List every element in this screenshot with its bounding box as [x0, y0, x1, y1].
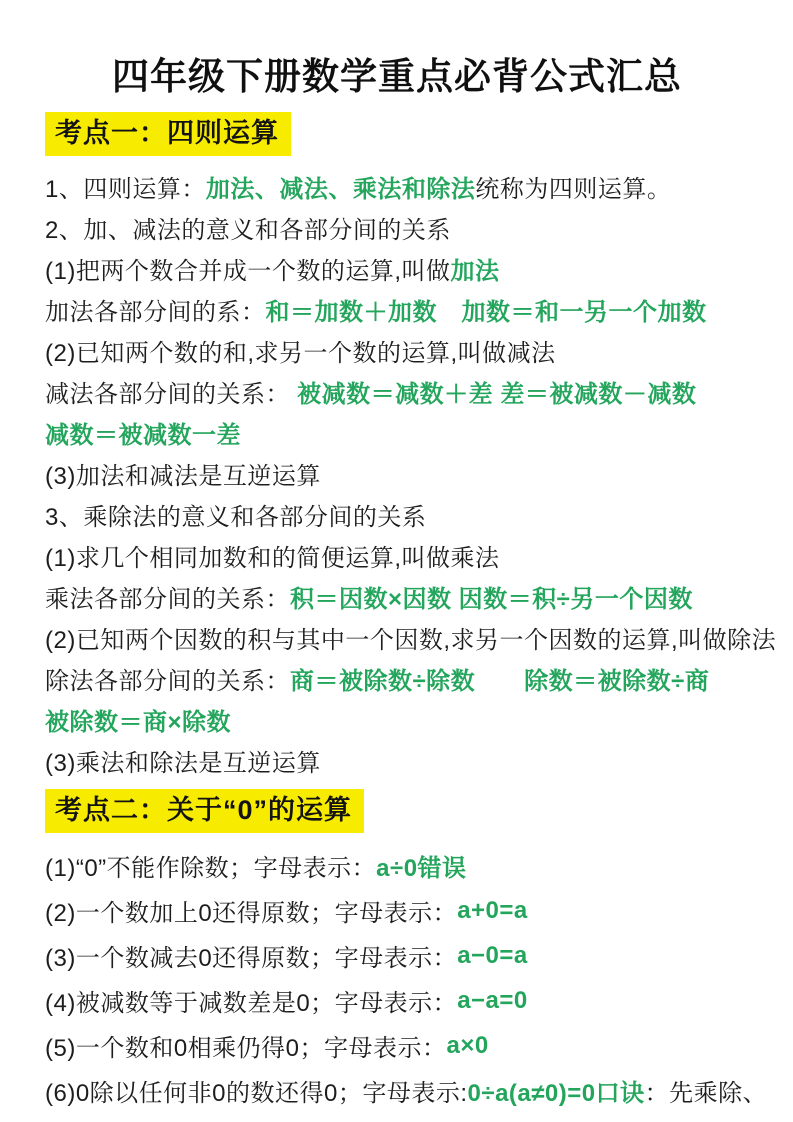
document-page: 四年级下册数学重点必背公式汇总 考点一：四则运算1、四则运算：加法、减法、乘法和… — [0, 0, 793, 1122]
body-text: ：先乘除、 — [645, 1073, 768, 1108]
body-text: 加法各部分间的系： — [45, 292, 266, 327]
text-line: 3、乘除法的意义和各部分间的关系 — [45, 494, 759, 535]
body-text: (1)把两个数合并成一个数的运算,叫做 — [45, 251, 451, 286]
body-text: 减法各部分间的关系： — [45, 374, 297, 409]
text-line: 乘法各部分间的关系：积＝因数×因数 因数＝积÷另一个因数 — [45, 576, 759, 617]
text-line: (6)0除以任何非0的数还得0；字母表示:0÷a(a≠0)=0口诀：先乘除、 — [45, 1068, 759, 1113]
formula-text: 加法 — [451, 251, 500, 286]
body-text: (2)已知两个数的和,求另一个数的运算,叫做减法 — [45, 333, 556, 368]
formula-text: 加法、减法、乘法和除法 — [206, 169, 476, 204]
body-text: (3)乘法和除法是互逆运算 — [45, 743, 321, 778]
text-line: (1)把两个数合并成一个数的运算,叫做加法 — [45, 248, 759, 289]
body-text: 统称为四则运算。 — [475, 169, 671, 204]
formula-text: 0÷a(a≠0)=0口诀 — [468, 1073, 645, 1108]
text-line: (1)求几个相同加数和的简便运算,叫做乘法 — [45, 535, 759, 576]
text-line: (1)“0”不能作除数；字母表示：a÷0错误 — [45, 843, 759, 888]
formula-text: 被除数＝商×除数 — [45, 702, 231, 737]
text-line: 加法各部分间的系：和＝加数＋加数 加数＝和一另一个加数 — [45, 289, 759, 330]
text-line: (2)已知两个数的和,求另一个数的运算,叫做减法 — [45, 330, 759, 371]
body-text: (1)求几个相同加数和的简便运算,叫做乘法 — [45, 538, 500, 573]
body-text: (2)一个数加上0还得原数；字母表示： — [45, 893, 457, 928]
formula-text: 被减数＝减数＋差 差＝被减数－减数 — [297, 374, 696, 409]
formula-text: a−a=0 — [457, 987, 528, 1015]
body-text: 1、四则运算： — [45, 169, 206, 204]
section-heading: 考点二：关于“0”的运算 — [45, 789, 364, 833]
sections-container: 考点一：四则运算1、四则运算：加法、减法、乘法和除法统称为四则运算。2、加、减法… — [45, 110, 759, 1113]
body-text: (2)已知两个因数的积与其中一个因数,求另一个因数的运算,叫做除法 — [45, 620, 776, 655]
section-2: 考点二：关于“0”的运算(1)“0”不能作除数；字母表示：a÷0错误(2)一个数… — [45, 787, 759, 1113]
body-text: 2、加、减法的意义和各部分间的关系 — [45, 210, 451, 245]
formula-text: 积＝因数×因数 因数＝积÷另一个因数 — [290, 579, 693, 614]
text-line: (2)已知两个因数的积与其中一个因数,求另一个因数的运算,叫做除法 — [45, 617, 759, 658]
section-1: 考点一：四则运算1、四则运算：加法、减法、乘法和除法统称为四则运算。2、加、减法… — [45, 110, 759, 781]
text-line: 被除数＝商×除数 — [45, 699, 759, 740]
text-line: 1、四则运算：加法、减法、乘法和除法统称为四则运算。 — [45, 166, 759, 207]
text-line: (3)一个数减去0还得原数；字母表示：a−0=a — [45, 933, 759, 978]
body-text: 乘法各部分间的关系： — [45, 579, 290, 614]
text-line: (2)一个数加上0还得原数；字母表示：a+0=a — [45, 888, 759, 933]
formula-text: 减数＝被减数一差 — [45, 415, 241, 450]
formula-text: a+0=a — [457, 897, 528, 925]
body-text: (3)一个数减去0还得原数；字母表示： — [45, 938, 457, 973]
formula-text: 商＝被除数÷除数 除数＝被除数÷商 — [290, 661, 709, 696]
body-text: 3、乘除法的意义和各部分间的关系 — [45, 497, 426, 532]
body-text: (3)加法和减法是互逆运算 — [45, 456, 321, 491]
text-line: 减数＝被减数一差 — [45, 412, 759, 453]
body-text: 除法各部分间的关系： — [45, 661, 290, 696]
body-text: (6)0除以任何非0的数还得0；字母表示: — [45, 1073, 468, 1108]
text-line: (3)加法和减法是互逆运算 — [45, 453, 759, 494]
formula-text: a−0=a — [457, 942, 528, 970]
body-text: (4)被减数等于减数差是0；字母表示： — [45, 983, 457, 1018]
section-heading: 考点一：四则运算 — [45, 112, 291, 156]
body-text: (1)“0”不能作除数；字母表示： — [45, 848, 376, 883]
formula-text: a÷0错误 — [376, 848, 466, 883]
text-line: (3)乘法和除法是互逆运算 — [45, 740, 759, 781]
text-line: (5)一个数和0相乘仍得0；字母表示：a×0 — [45, 1023, 759, 1068]
text-line: 2、加、减法的意义和各部分间的关系 — [45, 207, 759, 248]
body-text: (5)一个数和0相乘仍得0；字母表示： — [45, 1028, 447, 1063]
page-title: 四年级下册数学重点必背公式汇总 — [35, 46, 759, 100]
text-line: 减法各部分间的关系： 被减数＝减数＋差 差＝被减数－减数 — [45, 371, 759, 412]
text-line: 除法各部分间的关系：商＝被除数÷除数 除数＝被除数÷商 — [45, 658, 759, 699]
formula-text: 和＝加数＋加数 加数＝和一另一个加数 — [266, 292, 707, 327]
formula-text: a×0 — [447, 1032, 489, 1060]
text-line: (4)被减数等于减数差是0；字母表示：a−a=0 — [45, 978, 759, 1023]
